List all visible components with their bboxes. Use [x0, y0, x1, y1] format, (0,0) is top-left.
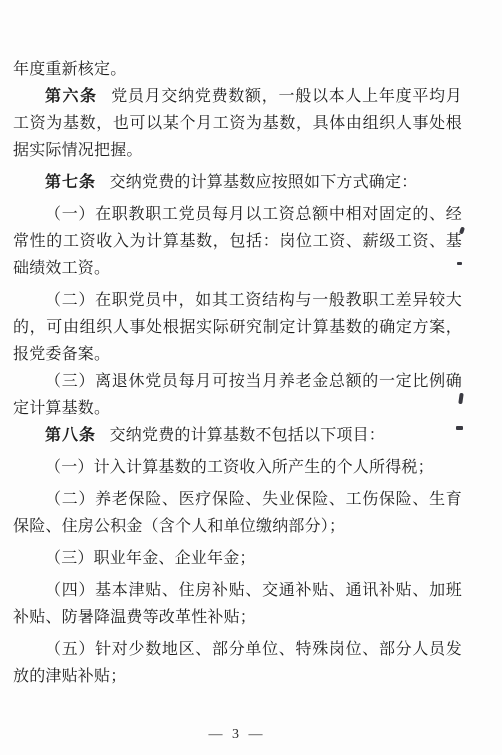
paragraph-item-8-1: （一）计入计算基数的工资收入所产生的个人所得税； [13, 454, 462, 481]
paragraph-article-8: 第八条交纳党费的计算基数不包括以下项目： [13, 422, 462, 449]
scan-artifact [457, 262, 462, 265]
paragraph-continuation: 年度重新核定。 [13, 56, 462, 83]
paragraph-item-7-1: （一）在职教职工党员每月以工资总额中相对固定的、经常性的工资收入为计算基数，包括… [13, 201, 462, 282]
article-8-heading: 第八条 [45, 427, 96, 444]
paragraph-item-7-3: （三）离退休党员每月可按当月养老金总额的一定比例确定计算基数。 [13, 368, 462, 422]
scanned-document-page: 年度重新核定。 第六条党员月交纳党费数额，一般以本人上年度平均月工资为基数，也可… [0, 0, 502, 755]
paragraph-article-7: 第七条交纳党费的计算基数应按照如下方式确定： [13, 169, 462, 196]
paragraph-item-8-3: （三）职业年金、企业年金； [13, 545, 462, 572]
paragraph-text: 交纳党费的计算基数应按照如下方式确定： [110, 174, 418, 191]
paragraph-item-8-2: （二）养老保险、医疗保险、失业保险、工伤保险、生育保险、住房公积金（含个人和单位… [13, 486, 462, 540]
paragraph-article-6: 第六条党员月交纳党费数额，一般以本人上年度平均月工资为基数，也可以某个月工资为基… [13, 83, 462, 164]
document-body: 年度重新核定。 第六条党员月交纳党费数额，一般以本人上年度平均月工资为基数，也可… [0, 0, 502, 690]
paragraph-item-8-4: （四）基本津贴、住房补贴、交通补贴、通讯补贴、加班补贴、防暑降温费等改革性补贴； [13, 577, 462, 631]
article-7-heading: 第七条 [45, 174, 96, 191]
paragraph-item-8-5: （五）针对少数地区、部分单位、特殊岗位、部分人员发放的津贴补贴； [13, 636, 462, 690]
paragraph-item-7-2: （二）在职党员中，如其工资结构与一般教职工差异较大的，可由组织人事处根据实际研究… [13, 287, 462, 368]
scan-artifact [456, 426, 463, 430]
page-number: — 3 — [0, 727, 474, 743]
article-6-heading: 第六条 [45, 88, 98, 105]
paragraph-text: 交纳党费的计算基数不包括以下项目： [110, 427, 385, 444]
